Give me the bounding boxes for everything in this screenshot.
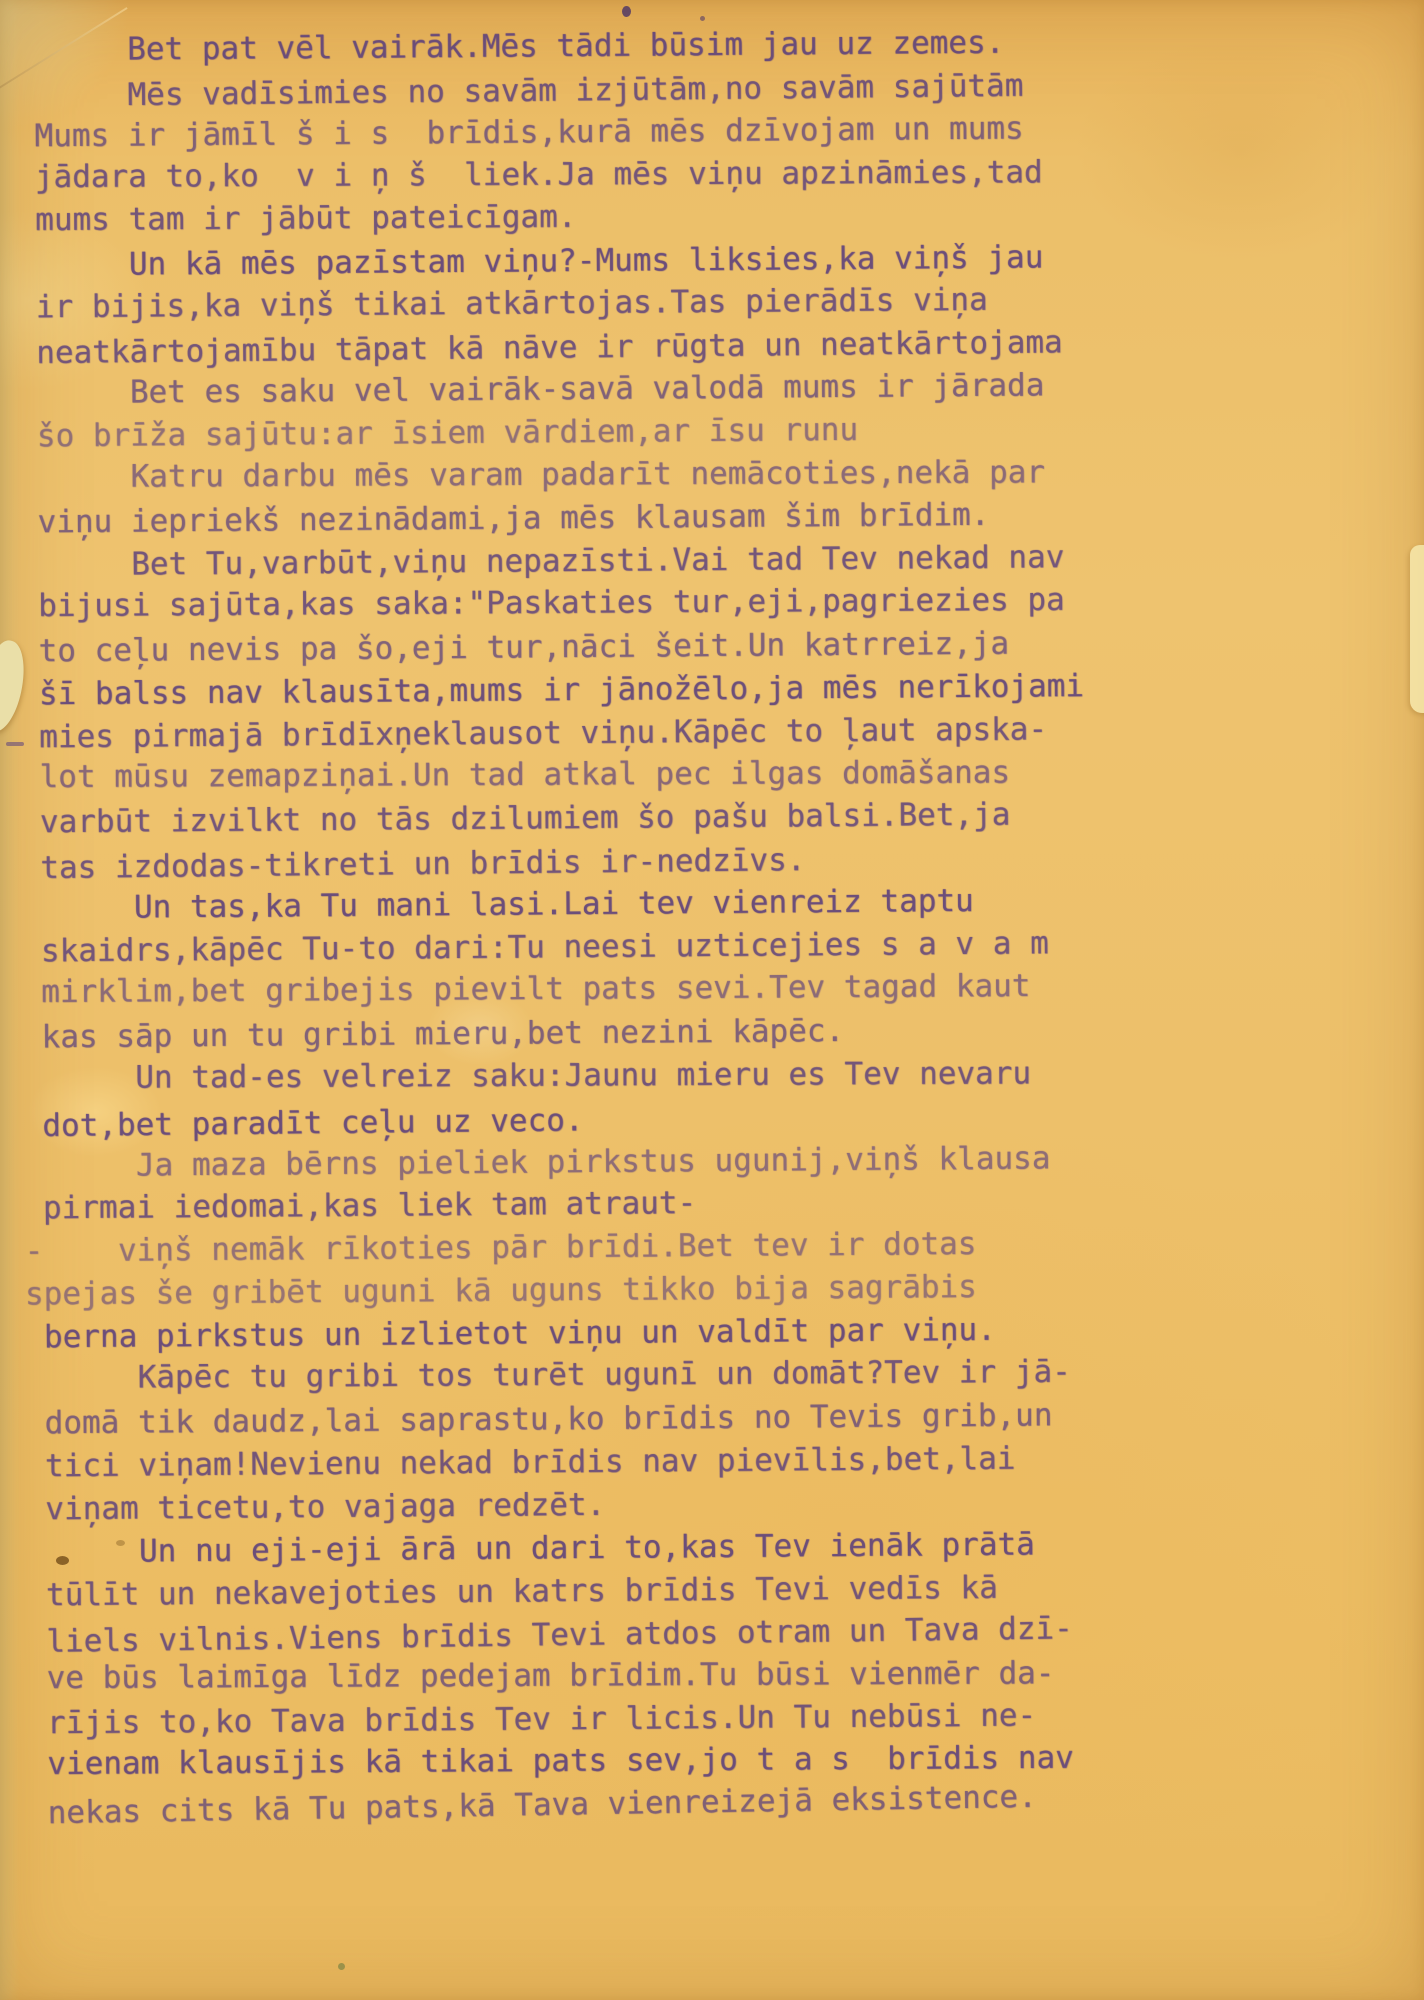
- paper-stain-speck: [338, 1963, 345, 1970]
- scanned-typewritten-page: Bet pat vēl vairāk.Mēs tādi būsim jau uz…: [0, 0, 1424, 2000]
- typewritten-text: Bet pat vēl vairāk.Mēs tādi būsim jau uz…: [0, 0, 1424, 1832]
